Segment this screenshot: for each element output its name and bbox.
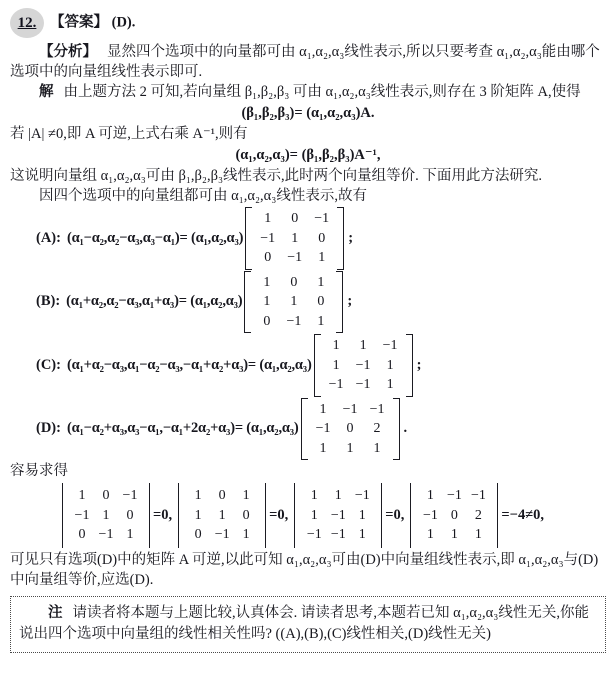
option-expression-d: (α₁−α₂+α₃,α₃−α₁,−α₁+2α₂+α₃)= (α₁,α₂,α₃) — [67, 419, 299, 438]
option-tail-d: . — [404, 419, 408, 438]
determinant-matrix-b: 1011100−11 — [178, 483, 266, 548]
note-text: 请读者将本题与上题比较,认真体会. 请读者思考,本题若已知 α₁,α₂,α₃线性… — [19, 605, 589, 642]
option-expression-b: (α₁+α₂,α₂−α₃,α₁+α₃)= (α₁,α₂,α₃) — [66, 292, 242, 311]
option-tail-a: ; — [348, 229, 353, 248]
option-row-c: (C): (α₁+α₂−α₃,α₁−α₂−α₃,−α₁+α₂+α₃)= (α₁,… — [36, 334, 606, 397]
solution-paragraph: 解由上题方法 2 可知,若向量组 β₁,β₂,β₃ 可由 α₁,α₂,α₃线性表… — [10, 82, 606, 102]
option-expression-c: (α₁+α₂−α₃,α₁−α₂−α₃,−α₁+α₂+α₃)= (α₁,α₂,α₃… — [67, 356, 312, 375]
option-matrix-b: 1011100−11 — [244, 271, 343, 334]
determinant-matrix-d: 1−1−1−102111 — [410, 483, 498, 548]
determinant-result-c: =0, — [385, 507, 404, 524]
equation-alpha-from-beta: (α₁,α₂,α₃)= (β₁,β₂,β₃)A⁻¹, — [10, 144, 606, 166]
question-number: 12. — [18, 11, 37, 35]
conclusion-text: 可见只有选项(D)中的矩阵 A 可逆,以此可知 α₁,α₂,α₃可由(D)中向量… — [10, 550, 606, 590]
option-expression-a: (α₁−α₂,α₂−α₃,α₃−α₁)= (α₁,α₂,α₃) — [67, 229, 243, 248]
option-row-b: (B): (α₁+α₂,α₂−α₃,α₁+α₃)= (α₁,α₂,α₃) 101… — [36, 271, 606, 334]
analysis-label: 【分析】 — [39, 44, 97, 60]
option-matrix-d: 1−1−1−102111 — [301, 398, 400, 461]
note-paragraph: 注请读者将本题与上题比较,认真体会. 请读者思考,本题若已知 α₁,α₂,α₃线… — [19, 603, 597, 645]
determinant-result-d: =−4≠0, — [501, 507, 544, 524]
invertibility-line: 若 |A| ≠0,即 A 可逆,上式右乘 A⁻¹,则有 — [10, 124, 606, 144]
option-tail-c: ; — [417, 356, 422, 375]
question-number-badge: 12. — [10, 8, 44, 38]
option-label-c: (C): — [36, 356, 61, 375]
solution-label: 解 — [39, 84, 54, 100]
option-row-d: (D): (α₁−α₂+α₃,α₃−α₁,−α₁+2α₂+α₃)= (α₁,α₂… — [36, 398, 606, 461]
determinant-matrix-c: 11−11−11−1−11 — [294, 483, 382, 548]
equation-beta-from-alpha: (β₁,β₂,β₃)= (α₁,α₂,α₃)A. — [10, 102, 606, 124]
determinant-matrix-a: 10−1−1100−11 — [62, 483, 150, 548]
option-label-d: (D): — [36, 419, 61, 438]
analysis-paragraph: 【分析】显然四个选项中的向量都可由 α₁,α₂,α₃线性表示,所以只要考查 α₁… — [10, 42, 606, 82]
solution-intro: 由上题方法 2 可知,若向量组 β₁,β₂,β₃ 可由 α₁,α₂,α₃线性表示… — [64, 84, 581, 100]
note-label: 注 — [48, 605, 63, 621]
determinants-row: 10−1−1100−11 =0, 1011100−11 =0, 11−11−11… — [56, 483, 606, 548]
note-box: 注请读者将本题与上题比较,认真体会. 请读者思考,本题若已知 α₁,α₂,α₃线… — [10, 596, 606, 653]
option-tail-b: ; — [347, 292, 352, 311]
option-row-a: (A): (α₁−α₂,α₂−α₃,α₃−α₁)= (α₁,α₂,α₃) 10−… — [36, 207, 606, 270]
answer-label: 【答案】 — [50, 14, 108, 30]
answer-value: (D). — [112, 14, 136, 30]
determinant-result-b: =0, — [269, 507, 288, 524]
option-matrix-c: 11−11−11−1−11 — [314, 334, 413, 397]
option-label-a: (A): — [36, 229, 61, 248]
determinants-intro: 容易求得 — [10, 461, 606, 481]
header-line: 12.【答案】 (D). — [10, 8, 606, 38]
options-intro: 因四个选项中的向量组都可由 α₁,α₂,α₃线性表示,故有 — [10, 186, 606, 206]
equivalence-line: 这说明向量组 α₁,α₂,α₃可由 β₁,β₂,β₃线性表示,此时两个向量组等价… — [10, 166, 606, 186]
option-matrix-a: 10−1−1100−11 — [245, 207, 344, 270]
option-label-b: (B): — [36, 292, 60, 311]
determinant-result-a: =0, — [153, 507, 172, 524]
analysis-text: 显然四个选项中的向量都可由 α₁,α₂,α₃线性表示,所以只要考查 α₁,α₂,… — [10, 44, 600, 80]
